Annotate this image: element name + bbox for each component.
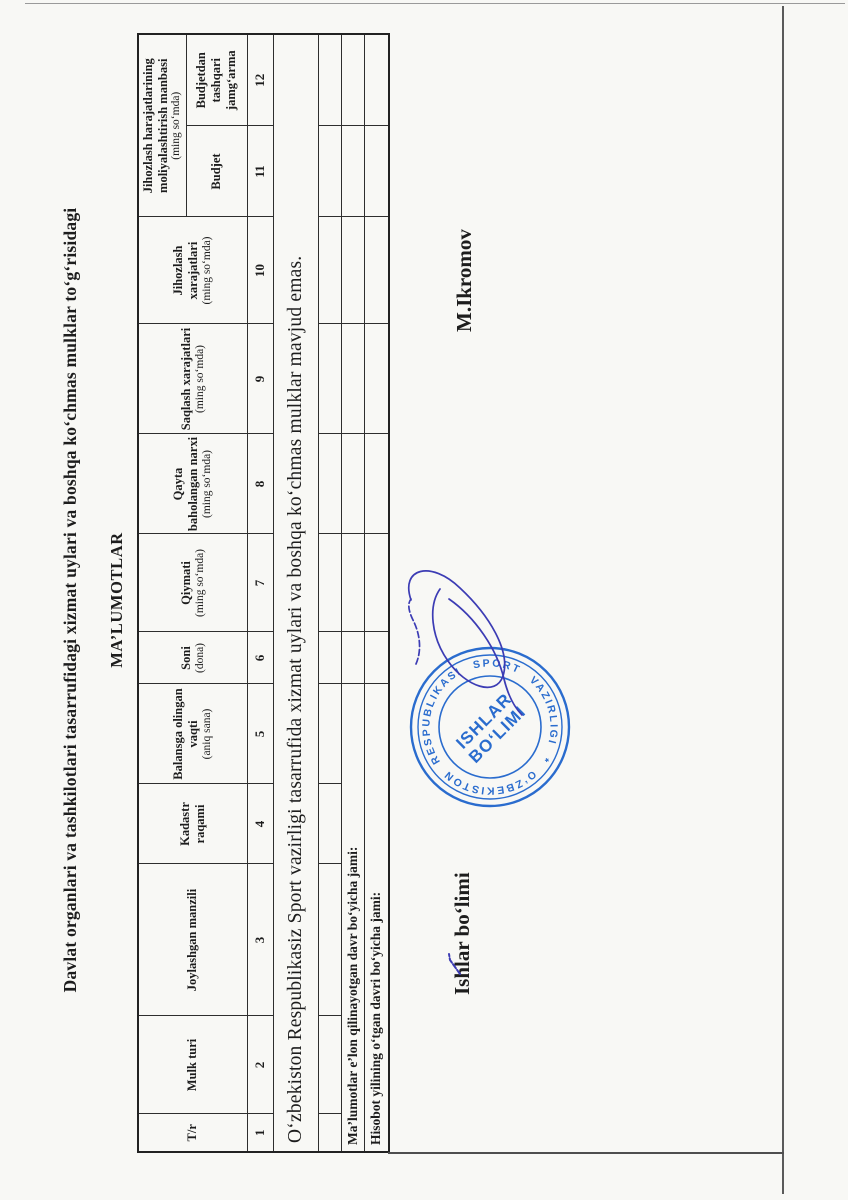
column-number-9: 9 <box>247 324 273 434</box>
column-numbers-row: 123456789101112 <box>247 34 273 1152</box>
paper-bottom-edge-line <box>782 6 784 1194</box>
column-header-4: Kadastr raqami <box>138 784 247 864</box>
header-subtext: (ming so‘mda) <box>201 437 214 532</box>
summary-row-1: Ma’lumotlar e’lon qilinayotgan davr bo‘y… <box>341 34 364 1152</box>
column-number-6: 6 <box>247 632 273 684</box>
handwritten-signature <box>380 500 550 760</box>
empty-cell-4 <box>318 784 341 864</box>
empty-cell-5 <box>318 684 341 784</box>
summary-label-1: Ma’lumotlar e’lon qilinayotgan davr bo‘y… <box>341 684 364 1152</box>
summary-value-1-col8 <box>341 434 364 534</box>
signature-tail-stroke <box>409 599 420 664</box>
paper-right-edge-line <box>25 3 845 4</box>
column-header-10: Jihozlash xarajatlari(ming so‘mda) <box>138 217 247 324</box>
document-subtitle: MA’LUMOTLAR <box>107 30 127 1170</box>
summary-value-1-col7 <box>341 534 364 632</box>
empty-cell-9 <box>318 324 341 434</box>
empty-cell-3 <box>318 864 341 1016</box>
summary-value-2-col11 <box>364 126 389 217</box>
landscape-sheet: Davlat organlari va tashkilotlari tasarr… <box>0 0 848 1200</box>
signature-person-name: M.Ikromov <box>452 229 477 332</box>
column-header-9: Saqlash xarajatlari(ming so‘mda) <box>138 324 247 434</box>
summary-value-1-col9 <box>341 324 364 434</box>
column-number-11: 11 <box>247 126 273 217</box>
column-header-12: Budjetdan tashqari jamg‘arma <box>186 34 247 126</box>
empty-cell-2 <box>318 1016 341 1114</box>
paper-left-fold-line <box>388 1152 784 1154</box>
header-subtext: (ming so‘mda) <box>201 220 214 322</box>
column-header-3: Joylashgan manzili <box>138 864 247 1016</box>
column-number-5: 5 <box>247 684 273 784</box>
summary-value-2-col12 <box>364 34 389 126</box>
note-row: O‘zbekiston Respublikasiz Sport vazirlig… <box>273 34 318 1152</box>
header-subtext: (ming so‘mda) <box>194 327 207 432</box>
header-subtext: (ming so‘mda) <box>170 37 183 215</box>
summary-value-1-col11 <box>341 126 364 217</box>
note-cell: O‘zbekiston Respublikasiz Sport vazirlig… <box>273 34 318 1152</box>
column-number-3: 3 <box>247 864 273 1016</box>
header-row-1: T/rMulk turiJoylashgan manziliKadastr ra… <box>138 34 186 1152</box>
summary-value-1-col12 <box>341 34 364 126</box>
empty-cell-6 <box>318 632 341 684</box>
column-header-6: Soni(dona) <box>138 632 247 684</box>
empty-cell-11 <box>318 126 341 217</box>
summary-value-2-col10 <box>364 217 389 324</box>
empty-cell-1 <box>318 1114 341 1152</box>
column-number-10: 10 <box>247 217 273 324</box>
signature-loop-stroke <box>409 571 505 687</box>
header-subtext: (dona) <box>194 635 207 682</box>
empty-cell-10 <box>318 217 341 324</box>
property-info-table: T/rMulk turiJoylashgan manziliKadastr ra… <box>137 33 390 1153</box>
empty-cell-7 <box>318 534 341 632</box>
empty-cell-8 <box>318 434 341 534</box>
column-header-7: Qiymati(ming so‘mda) <box>138 534 247 632</box>
summary-value-1-col10 <box>341 217 364 324</box>
header-subtext: (aniq sana) <box>201 687 214 782</box>
column-number-12: 12 <box>247 34 273 126</box>
column-number-7: 7 <box>247 534 273 632</box>
empty-data-row <box>318 34 341 1152</box>
summary-value-1-col6 <box>341 632 364 684</box>
document-title: Davlat organlari va tashkilotlari tasarr… <box>60 30 81 1170</box>
column-header-8: Qayta baholangan narxi(ming so‘mda) <box>138 434 247 534</box>
column-number-2: 2 <box>247 1016 273 1114</box>
column-number-8: 8 <box>247 434 273 534</box>
summary-value-2-col9 <box>364 324 389 434</box>
column-group-header-financing-source: Jihozlash harajatlarining moliyalashtiri… <box>138 34 186 217</box>
empty-cell-12 <box>318 34 341 126</box>
column-number-4: 4 <box>247 784 273 864</box>
column-number-1: 1 <box>247 1114 273 1152</box>
signature-tick-mark <box>440 940 470 980</box>
column-header-11: Budjet <box>186 126 247 217</box>
column-header-5: Balansga olingan vaqti(aniq sana) <box>138 684 247 784</box>
column-header-2: Mulk turi <box>138 1016 247 1114</box>
header-subtext: (ming so‘mda) <box>194 537 207 630</box>
scanned-document-page: { "page": { "title_line1": "Davlat organ… <box>0 0 848 1200</box>
column-header-1: T/r <box>138 1114 247 1152</box>
